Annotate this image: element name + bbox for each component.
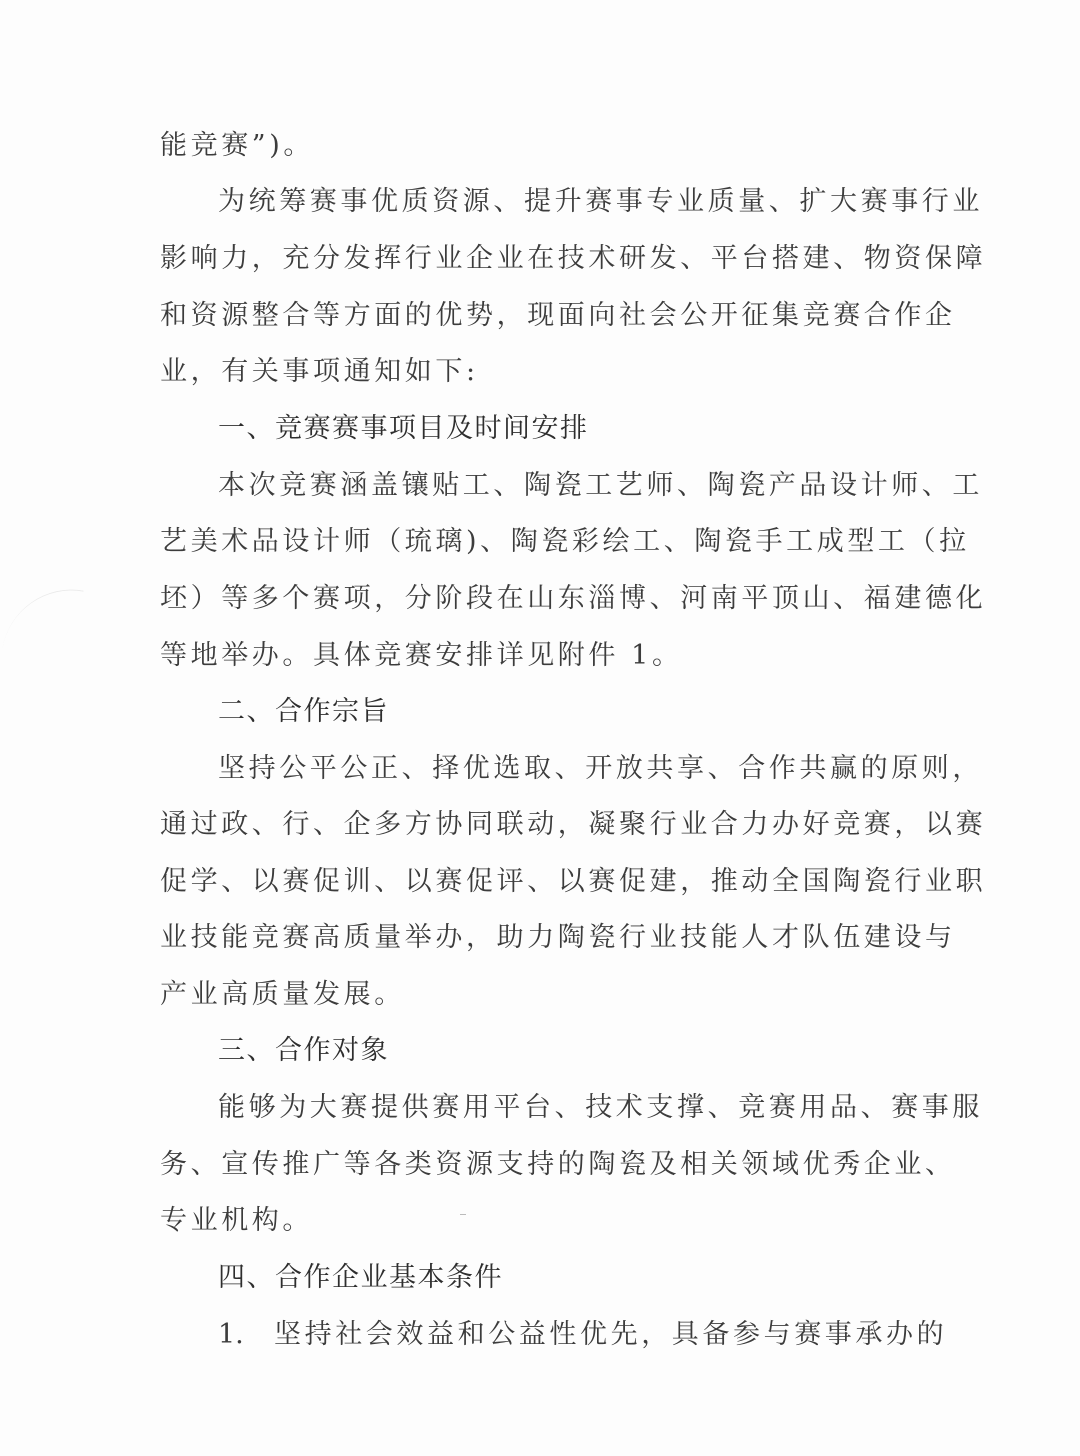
scan-artifact — [2, 578, 83, 660]
section-heading: 四、合作企业基本条件 — [218, 1260, 503, 1296]
text-line: 坯）等多个赛项，分阶段在山东淄博、河南平顶山、福建德化 — [160, 581, 920, 617]
text-line: 业，有关事项通知如下: — [160, 354, 920, 390]
document-page: 能竞赛”)。 为统筹赛事优质资源、提升赛事专业质量、扩大赛事行业 影响力，充分发… — [0, 0, 1080, 1456]
text-line: 能竞赛”)。 — [160, 128, 920, 164]
text-line: 产业高质量发展。 — [160, 977, 920, 1013]
section-heading: 二、合作宗旨 — [218, 694, 389, 730]
section-heading: 一、竞赛赛事项目及时间安排 — [218, 411, 589, 447]
text-line: 专业机构。 — [160, 1203, 920, 1239]
scan-speck — [460, 1214, 466, 1215]
text-line: 坚持公平公正、择优选取、开放共享、合作共赢的原则， — [218, 751, 918, 787]
text-line: 艺美术品设计师（琉璃)、陶瓷彩绘工、陶瓷手工成型工（拉 — [160, 524, 920, 560]
text-line: 为统筹赛事优质资源、提升赛事专业质量、扩大赛事行业 — [218, 184, 918, 220]
list-item-text: 坚持社会效益和公益性优先，具备参与赛事承办的 — [274, 1317, 947, 1353]
list-number: 1. — [218, 1317, 244, 1353]
text-line: 通过政、行、企多方协同联动，凝聚行业合力办好竞赛，以赛 — [160, 807, 920, 843]
text-line: 务、宣传推广等各类资源支持的陶瓷及相关领域优秀企业、 — [160, 1147, 920, 1183]
text-line: 等地举办。具体竞赛安排详见附件 1。 — [160, 638, 920, 674]
text-line: 本次竞赛涵盖镶贴工、陶瓷工艺师、陶瓷产品设计师、工 — [218, 468, 918, 504]
text-line: 业技能竞赛高质量举办，助力陶瓷行业技能人才队伍建设与 — [160, 920, 920, 956]
text-line: 影响力，充分发挥行业企业在技术研发、平台搭建、物资保障 — [160, 241, 920, 277]
text-line: 能够为大赛提供赛用平台、技术支撑、竞赛用品、赛事服 — [218, 1090, 918, 1126]
text-line: 促学、以赛促训、以赛促评、以赛促建，推动全国陶瓷行业职 — [160, 864, 920, 900]
section-heading: 三、合作对象 — [218, 1033, 389, 1069]
text-line: 和资源整合等方面的优势，现面向社会公开征集竞赛合作企 — [160, 298, 920, 334]
